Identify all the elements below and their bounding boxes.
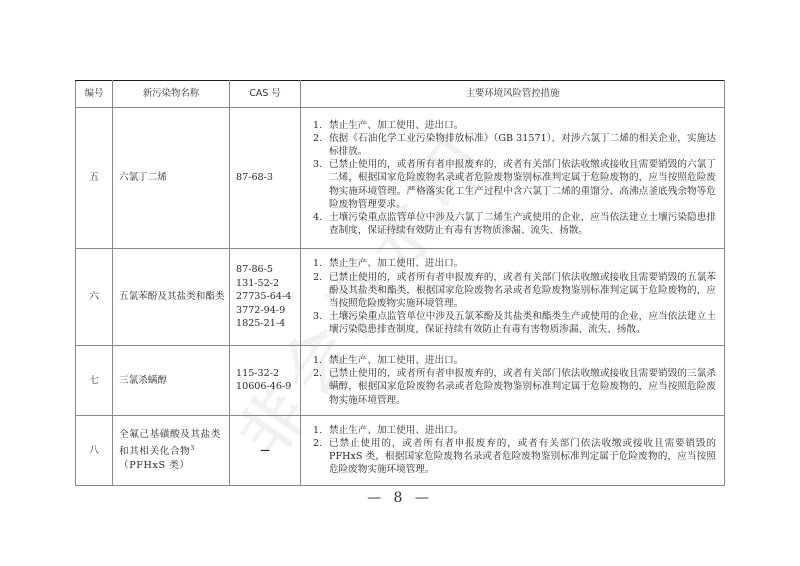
cas-number: 87-86-5	[236, 263, 300, 276]
measure-item: 3. 土壤污染重点监管单位中涉及五氯苯酚及其盐类和酯类生产或使用的企业，应当依法…	[309, 310, 716, 336]
pollutant-name: 全氟己基磺酸及其盐类 和其相关化合物3 （PFHxS 类）	[113, 415, 230, 485]
pollutant-name: 三氯杀螨醇	[113, 346, 230, 416]
measure-text: 已禁止使用的，或者所有者申报废弃的，或者有关部门依法收缴或接收且需要销毁的五氯苯…	[329, 271, 716, 311]
control-measures: 1. 禁止生产、加工使用、进出口。 2. 已禁止使用的，或者所有者申报废弃的，或…	[301, 249, 725, 346]
measure-number: 2.	[309, 132, 329, 158]
table-row: 五 六氯丁二烯 87-68-3 1. 禁止生产、加工使用、进出口。 2. 依据《…	[76, 108, 725, 249]
cas-number: 131-52-2	[236, 277, 300, 290]
measure-text: 土壤污染重点监管单位中涉及五氯苯酚及其盐类和酯类生产或使用的企业，应当依法建立土…	[329, 310, 716, 336]
footnote-marker: 3	[190, 445, 194, 452]
cas-number: 87-68-3	[236, 171, 300, 184]
pollutant-control-table: 编号 新污染物名称 CAS 号 主要环境风险管控措施 五 六氯丁二烯 87-68…	[75, 80, 725, 486]
measure-number: 1.	[309, 257, 329, 270]
measure-item: 2. 依据《石油化学工业污染物排放标准》（GB 31571），对涉六氯丁二烯的相…	[309, 132, 716, 158]
measure-item: 4. 土壤污染重点监管单位中涉及六氯丁二烯生产或使用的企业，应当依法建立土壤污染…	[309, 211, 716, 237]
control-measures: 1. 禁止生产、加工使用、进出口。 2. 已禁止使用的，或者所有者申报废弃的，或…	[301, 346, 725, 416]
page-number: — 8 —	[0, 490, 800, 506]
measure-item: 1. 禁止生产、加工使用、进出口。	[309, 424, 716, 437]
measure-text: 土壤污染重点监管单位中涉及六氯丁二烯生产或使用的企业，应当依法建立土壤污染隐患排…	[329, 211, 716, 237]
pollutant-name-text: 和其相关化合物	[119, 446, 190, 457]
header-no: 编号	[76, 81, 113, 108]
measure-text: 禁止生产、加工使用、进出口。	[329, 424, 716, 437]
row-number: 六	[76, 249, 113, 346]
document-page: 非会员水印 编号 新污染物名称 CAS 号 主要环境风险管控措施 五 六氯丁二烯…	[0, 0, 800, 566]
cas-number: 3772-94-9	[236, 304, 300, 317]
row-number: 七	[76, 346, 113, 416]
measure-text: 已禁止使用的，或者所有者申报废弃的，或者有关部门依法收缴或接收且需要销毁的三氯杀…	[329, 367, 716, 407]
measure-text: 已禁止使用的，或者所有者申报废弃的，或者有关部门依法收缴或接收且需要销毁的六氯丁…	[329, 158, 716, 211]
measure-number: 3.	[309, 158, 329, 211]
measure-item: 2. 已禁止使用的，或者所有者申报废弃的，或者有关部门依法收缴或接收且需要销毁的…	[309, 271, 716, 311]
table-row: 六 五氯苯酚及其盐类和酯类 87-86-5 131-52-2 27735-64-…	[76, 249, 725, 346]
cas-number: 10606-46-9	[236, 380, 300, 393]
measure-item: 1. 禁止生产、加工使用、进出口。	[309, 257, 716, 270]
table-row: 八 全氟己基磺酸及其盐类 和其相关化合物3 （PFHxS 类） — 1. 禁止生…	[76, 415, 725, 485]
control-measures: 1. 禁止生产、加工使用、进出口。 2. 依据《石油化学工业污染物排放标准》（G…	[301, 108, 725, 249]
measure-text: 禁止生产、加工使用、进出口。	[329, 354, 716, 367]
measure-number: 3.	[309, 310, 329, 336]
pollutant-name: 五氯苯酚及其盐类和酯类	[113, 249, 230, 346]
measure-number: 4.	[309, 211, 329, 237]
pollutant-name-line: （PFHxS 类）	[119, 459, 229, 473]
measure-text: 已禁止使用的，或者所有者申报废弃的，或者有关部门依法收缴或接收且需要销毁的 PF…	[329, 437, 716, 477]
measure-number: 1.	[309, 424, 329, 437]
measure-item: 2. 已禁止使用的，或者所有者申报废弃的，或者有关部门依法收缴或接收且需要销毁的…	[309, 367, 716, 407]
measure-item: 1. 禁止生产、加工使用、进出口。	[309, 354, 716, 367]
measure-number: 1.	[309, 119, 329, 132]
cas-numbers: 87-68-3	[230, 108, 301, 249]
cas-numbers: 115-32-2 10606-46-9	[230, 346, 301, 416]
measure-number: 2.	[309, 367, 329, 407]
row-number: 八	[76, 415, 113, 485]
measure-text: 禁止生产、加工使用、进出口。	[329, 119, 716, 132]
cas-number: 115-32-2	[236, 367, 300, 380]
header-measures: 主要环境风险管控措施	[301, 81, 725, 108]
measure-item: 3. 已禁止使用的，或者所有者申报废弃的，或者有关部门依法收缴或接收且需要销毁的…	[309, 158, 716, 211]
measure-number: 2.	[309, 271, 329, 311]
measure-text: 依据《石油化学工业污染物排放标准》（GB 31571），对涉六氯丁二烯的相关企业…	[329, 132, 716, 158]
table-row: 七 三氯杀螨醇 115-32-2 10606-46-9 1. 禁止生产、加工使用…	[76, 346, 725, 416]
row-number: 五	[76, 108, 113, 249]
header-cas: CAS 号	[230, 81, 301, 108]
pollutant-name-line: 和其相关化合物3	[119, 442, 229, 459]
header-name: 新污染物名称	[113, 81, 230, 108]
table-header-row: 编号 新污染物名称 CAS 号 主要环境风险管控措施	[76, 81, 725, 108]
cas-not-applicable: —	[230, 415, 301, 485]
measure-number: 2.	[309, 437, 329, 477]
cas-number: 27735-64-4	[236, 290, 300, 303]
cas-numbers: 87-86-5 131-52-2 27735-64-4 3772-94-9 18…	[230, 249, 301, 346]
cas-number: 1825-21-4	[236, 317, 300, 330]
measure-item: 2. 已禁止使用的，或者所有者申报废弃的，或者有关部门依法收缴或接收且需要销毁的…	[309, 437, 716, 477]
pollutant-name-line: 全氟己基磺酸及其盐类	[119, 428, 229, 442]
control-measures: 1. 禁止生产、加工使用、进出口。 2. 已禁止使用的，或者所有者申报废弃的，或…	[301, 415, 725, 485]
measure-number: 1.	[309, 354, 329, 367]
measure-item: 1. 禁止生产、加工使用、进出口。	[309, 119, 716, 132]
measure-text: 禁止生产、加工使用、进出口。	[329, 257, 716, 270]
pollutant-name: 六氯丁二烯	[113, 108, 230, 249]
